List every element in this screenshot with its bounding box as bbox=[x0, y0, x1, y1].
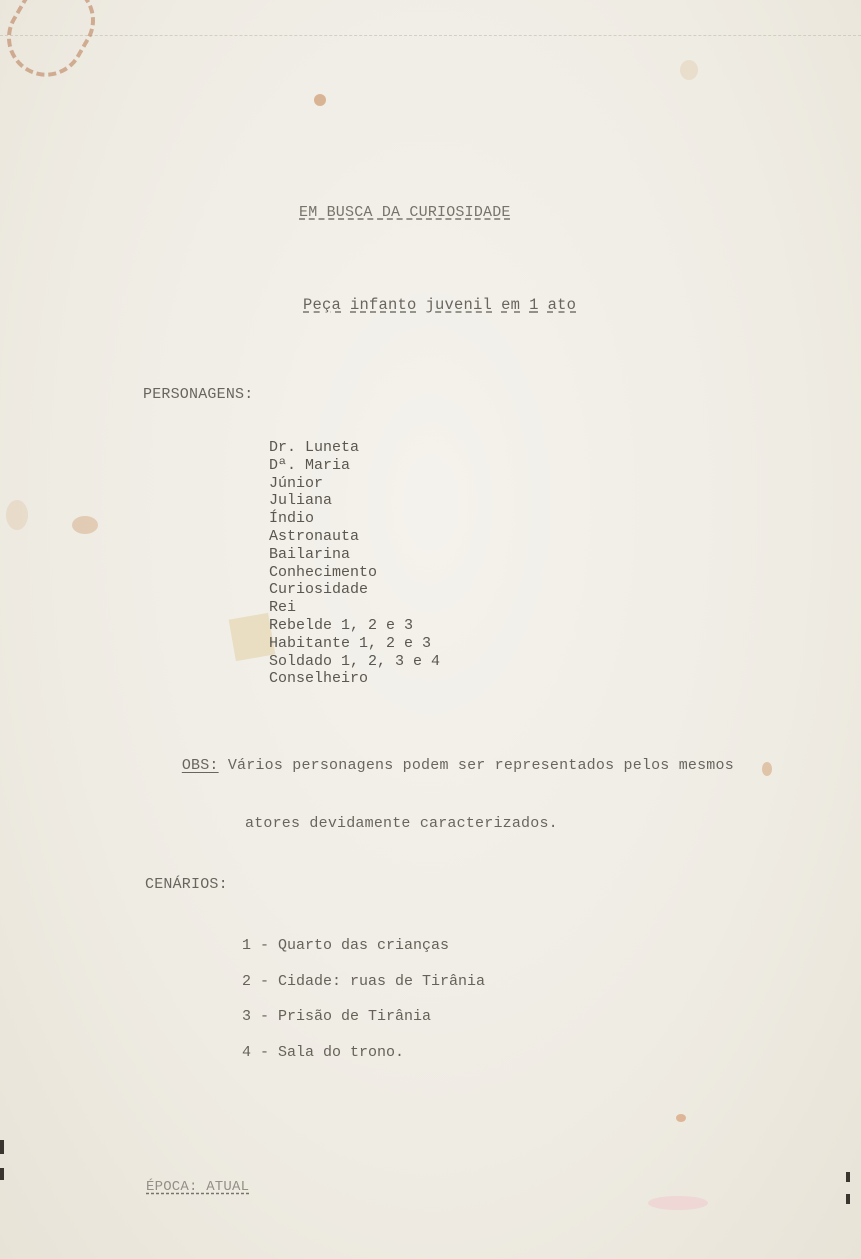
rust-spot bbox=[314, 94, 326, 106]
scene-item: 3 - Prisão de Tirânia bbox=[242, 999, 485, 1035]
subtitle-word: infanto bbox=[350, 296, 417, 314]
subtitle-word: em bbox=[501, 296, 520, 314]
scene-item: 4 - Sala do trono. bbox=[242, 1035, 485, 1071]
character-item: Conselheiro bbox=[269, 670, 440, 688]
character-item: Júnior bbox=[269, 475, 440, 493]
character-item: Dª. Maria bbox=[269, 457, 440, 475]
pink-smudge bbox=[648, 1196, 708, 1210]
character-item: Conhecimento bbox=[269, 564, 440, 582]
scene-item: 2 - Cidade: ruas de Tirânia bbox=[242, 964, 485, 1000]
subtitle-word: ato bbox=[548, 296, 577, 314]
rust-spot bbox=[6, 500, 28, 530]
document-subtitle: Peçainfantojuvenilem1ato bbox=[265, 278, 576, 332]
rust-spot bbox=[762, 762, 772, 776]
personagens-heading: PERSONAGENS: bbox=[143, 386, 253, 403]
binding-mark bbox=[846, 1194, 850, 1204]
obs-line-2: atores devidamente caracterizados. bbox=[145, 809, 734, 838]
binding-mark bbox=[846, 1172, 850, 1182]
subtitle-word: Peça bbox=[303, 296, 341, 314]
subtitle-word: juvenil bbox=[426, 296, 493, 314]
rust-spot bbox=[72, 516, 98, 534]
rust-spot bbox=[680, 60, 698, 80]
obs-line-1: Vários personagens podem ser representad… bbox=[228, 757, 734, 774]
character-item: Índio bbox=[269, 510, 440, 528]
epoca-label: ÉPOCA: ATUAL bbox=[146, 1179, 249, 1195]
binding-mark bbox=[0, 1140, 4, 1154]
cenarios-heading: CENÁRIOS: bbox=[145, 876, 228, 893]
obs-label: OBS: bbox=[182, 757, 219, 774]
character-item: Curiosidade bbox=[269, 581, 440, 599]
character-item: Rebelde 1, 2 e 3 bbox=[269, 617, 440, 635]
top-fold-line bbox=[0, 35, 861, 36]
character-item: Juliana bbox=[269, 492, 440, 510]
paperclip-rust-stain bbox=[0, 0, 109, 91]
rust-spot bbox=[676, 1114, 686, 1122]
binding-mark bbox=[0, 1168, 4, 1180]
character-item: Dr. Luneta bbox=[269, 439, 440, 457]
subtitle-word: 1 bbox=[529, 296, 539, 314]
character-list: Dr. Luneta Dª. Maria Júnior Juliana Índi… bbox=[269, 439, 440, 688]
character-item: Astronauta bbox=[269, 528, 440, 546]
scene-item: 1 - Quarto das crianças bbox=[242, 928, 485, 964]
document-page: EM BUSCA DA CURIOSIDADE Peçainfantojuven… bbox=[0, 0, 861, 1259]
character-item: Rei bbox=[269, 599, 440, 617]
observation-note: OBS: Vários personagens podem ser repres… bbox=[145, 722, 734, 896]
character-item: Habitante 1, 2 e 3 bbox=[269, 635, 440, 653]
scene-list: 1 - Quarto das crianças 2 - Cidade: ruas… bbox=[242, 928, 485, 1070]
character-item: Soldado 1, 2, 3 e 4 bbox=[269, 653, 440, 671]
character-item: Bailarina bbox=[269, 546, 440, 564]
document-title: EM BUSCA DA CURIOSIDADE bbox=[299, 204, 511, 221]
